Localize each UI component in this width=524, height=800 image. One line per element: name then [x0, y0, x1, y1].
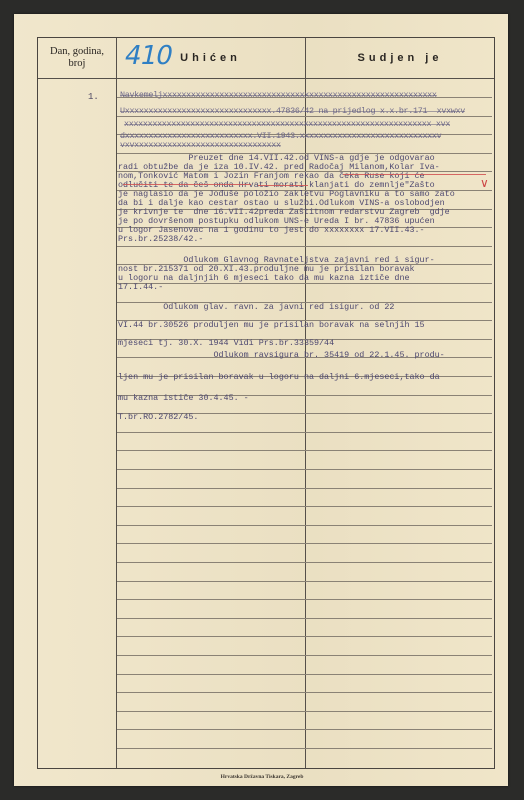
ruled-line [117, 655, 492, 656]
column-divider-arrested [305, 38, 306, 768]
ruled-line [117, 488, 492, 489]
column-divider-date [116, 38, 117, 768]
entry-number: 1. [88, 92, 99, 102]
text-line: mjeseci tj. 30.X. 1944 Vidi Prs.br.33359… [118, 338, 334, 348]
red-underline [343, 174, 486, 175]
text-line: T.br.RO.2782/45. [118, 412, 198, 422]
struck-line: vxvxxxxxxxxxxxxxxxxxxxxxxxxxxxxxxx [120, 140, 281, 150]
ruled-line [117, 525, 492, 526]
header-date-label: Dan, godina, [50, 46, 104, 58]
text-line: VI.44 br.30526 produljen mu je prisilan … [118, 320, 425, 330]
ruled-line [117, 729, 492, 730]
ruled-line [117, 674, 492, 675]
ruled-line [117, 599, 492, 600]
text-line: ljen mu je prisilan boravak u logoru na … [118, 372, 440, 382]
red-underline [258, 185, 308, 186]
red-underline [123, 184, 251, 185]
text-line: 17.I.44.- [118, 282, 163, 292]
check-mark-icon: ∨ [480, 176, 489, 190]
ruled-line [117, 450, 492, 451]
text-line: Odlukom glav. ravn. za javni red isigur.… [118, 302, 394, 312]
header-tried-label: Sudjen je [358, 52, 443, 64]
ruled-line [117, 692, 492, 693]
printer-imprint: Hrvatska Državna Tiskara, Zagreb [0, 774, 524, 780]
ruled-line [117, 283, 492, 284]
ruled-line [117, 562, 492, 563]
ruled-line [117, 246, 492, 247]
struck-line: Navkemeljxxxxxxxxxxxxxxxxxxxxxxxxxxxxxxx… [120, 90, 437, 100]
text-line: mu kazna ističe 30.4.45. - [118, 393, 249, 403]
ruled-line [117, 748, 492, 749]
ruled-line [117, 506, 492, 507]
handwritten-record-number: 410 [122, 41, 175, 71]
ruled-line [117, 469, 492, 470]
ruled-line [117, 711, 492, 712]
header-separator [38, 78, 494, 79]
ruled-line [117, 581, 492, 582]
ruled-line [117, 636, 492, 637]
struck-line: xxxxxxxxxxxxxxxxxxxxxxxxxxxxxxxxxxxxxxxx… [124, 119, 450, 129]
text-line: Odlukom ravsigura br. 35419 od 22.1.45. … [118, 350, 445, 360]
header-date-column: Dan, godina, broj [38, 38, 116, 78]
header-arrested-label: Uhićen [180, 52, 241, 64]
header-date-label-2: broj [69, 58, 86, 70]
struck-line: Uxxxxxxxxxxxxxxxxxxxxxxxxxxxxxxx.47836/4… [120, 106, 465, 116]
header-tried-column: Sudjen je [306, 38, 494, 78]
ruled-line [117, 543, 492, 544]
ruled-line [117, 432, 492, 433]
ruled-line [117, 618, 492, 619]
text-line: Prs.br.25238/42.- [118, 234, 203, 244]
